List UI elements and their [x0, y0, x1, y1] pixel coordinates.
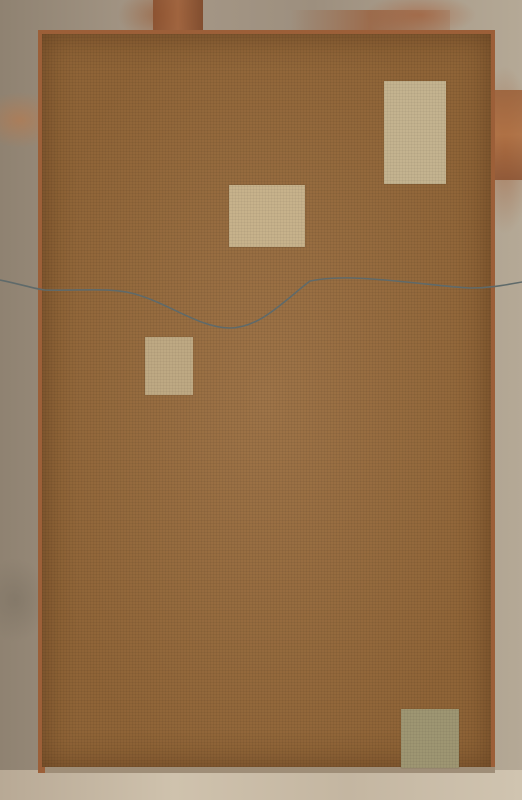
frame-exposed-wood-top — [153, 0, 203, 30]
patch-bottom-right — [401, 709, 459, 768]
frame-exposed-wood-right — [492, 90, 522, 180]
patch-upper-center — [229, 185, 305, 247]
patch-top-right — [384, 81, 446, 184]
patch-left-middle — [145, 337, 193, 395]
frame-bottom-rail — [0, 770, 522, 800]
frame-exposed-wood-top-right — [290, 10, 450, 32]
